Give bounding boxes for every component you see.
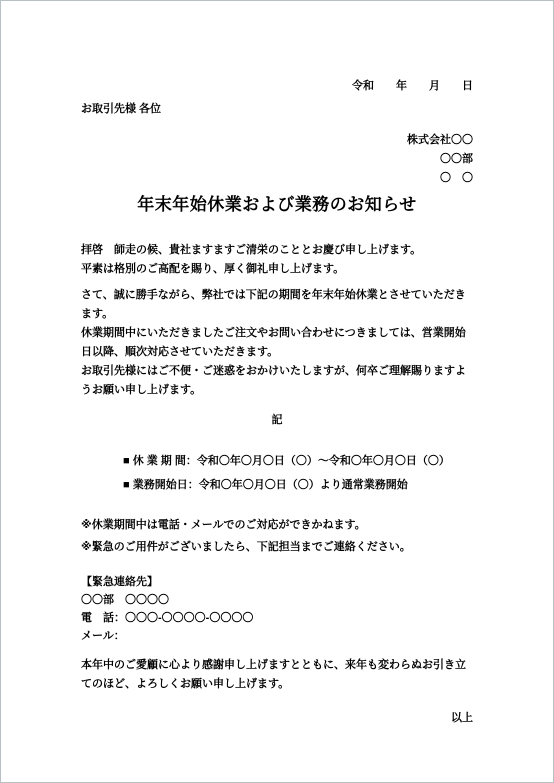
business-start-line: ■ 業務開始日：令和〇年〇月〇日（〇）より通常業務開始 [123,476,473,495]
holiday-period-line: ■ 休 業 期 間：令和〇年〇月〇日（〇）～令和〇年〇月〇日（〇） [123,452,473,471]
body-paragraph-1: さて、誠に勝手ながら、弊社では下記の期間を年末年始休業とさせていただきます。 [81,286,473,324]
document-page: 令和 年 月 日 お取引先様 各位 株式会社〇〇 〇〇部 〇 〇 年末年始休業お… [0,0,554,783]
emergency-contact-heading: 【緊急連絡先】 [81,573,473,591]
note-line-2: ※緊急のご用件がございましたら、下記担当までご連絡ください。 [81,538,473,557]
greeting-line-2: 平素は格別のご高配を賜り、厚く御礼申し上げます。 [81,260,473,279]
notes-section: ※休業期間中は電話・メールでのご対応ができかねます。 ※緊急のご用件がございまし… [81,516,473,557]
emergency-contact-phone: 電 話：〇〇〇-〇〇〇〇-〇〇〇〇 [81,609,473,627]
greeting-paragraph: 拝啓 師走の候、貴社ますますご清栄のこととお慶び申し上げます。 平素は格別のご高… [81,241,473,279]
emergency-contact-section: 【緊急連絡先】 〇〇部 〇〇〇〇 電 話：〇〇〇-〇〇〇〇-〇〇〇〇 メール： [81,573,473,645]
schedule-section: ■ 休 業 期 間：令和〇年〇月〇日（〇）～令和〇年〇月〇日（〇） ■ 業務開始… [81,452,473,495]
body-paragraph-3: お取引先様にはご不便・ご迷惑をおかけいたしますが、何卒ご理解賜りますようお願い申… [81,362,473,400]
emergency-contact-email: メール： [81,627,473,645]
greeting-line-1: 拝啓 師走の候、貴社ますますご清栄のこととお慶び申し上げます。 [81,241,473,260]
note-line-1: ※休業期間中は電話・メールでのご対応ができかねます。 [81,516,473,535]
sender-company: 株式会社〇〇 [81,131,473,150]
document-title: 年末年始休業および業務のお知らせ [81,194,473,215]
sender-department: 〇〇部 [81,150,473,169]
date-line: 令和 年 月 日 [81,77,473,96]
end-marker: 以上 [81,709,473,728]
closing-paragraph: 本年中のご愛顧に心より感謝申し上げますとともに、来年も変わらぬお引き立てのほど、… [81,656,473,694]
emergency-contact-department: 〇〇部 〇〇〇〇 [81,591,473,609]
recipient-line: お取引先様 各位 [81,100,473,119]
body-paragraph-2: 休業期間中にいただきましたご注文やお問い合わせにつきましては、営業開始日以降、順… [81,324,473,362]
record-marker: 記 [81,411,473,430]
sender-name: 〇 〇 [81,169,473,188]
document-content: 令和 年 月 日 お取引先様 各位 株式会社〇〇 〇〇部 〇 〇 年末年始休業お… [1,1,553,728]
